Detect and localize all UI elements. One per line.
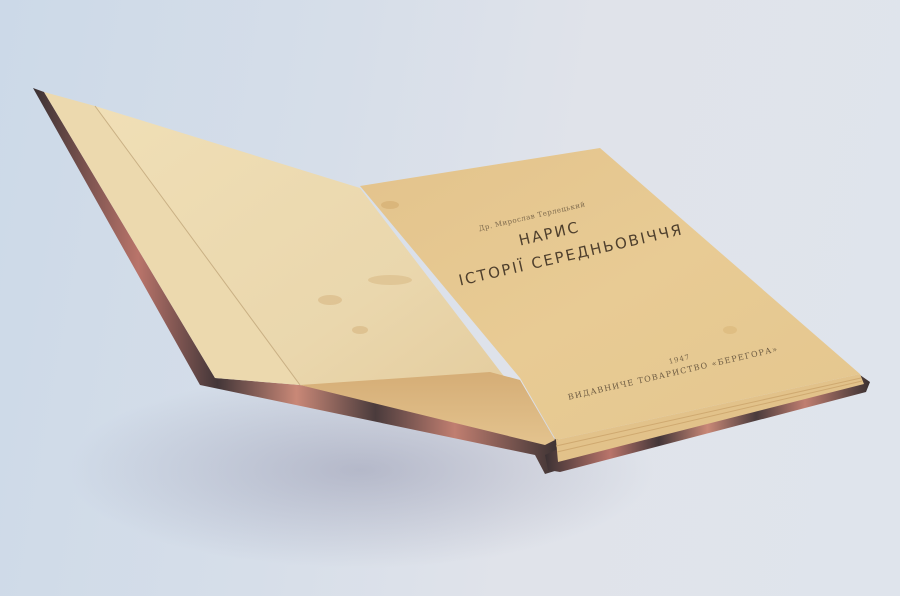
photo-scene: Др. Мирослав Терлецький НАРИС ІСТОРІЇ СЕ…	[0, 0, 900, 596]
book-illustration	[0, 0, 900, 596]
